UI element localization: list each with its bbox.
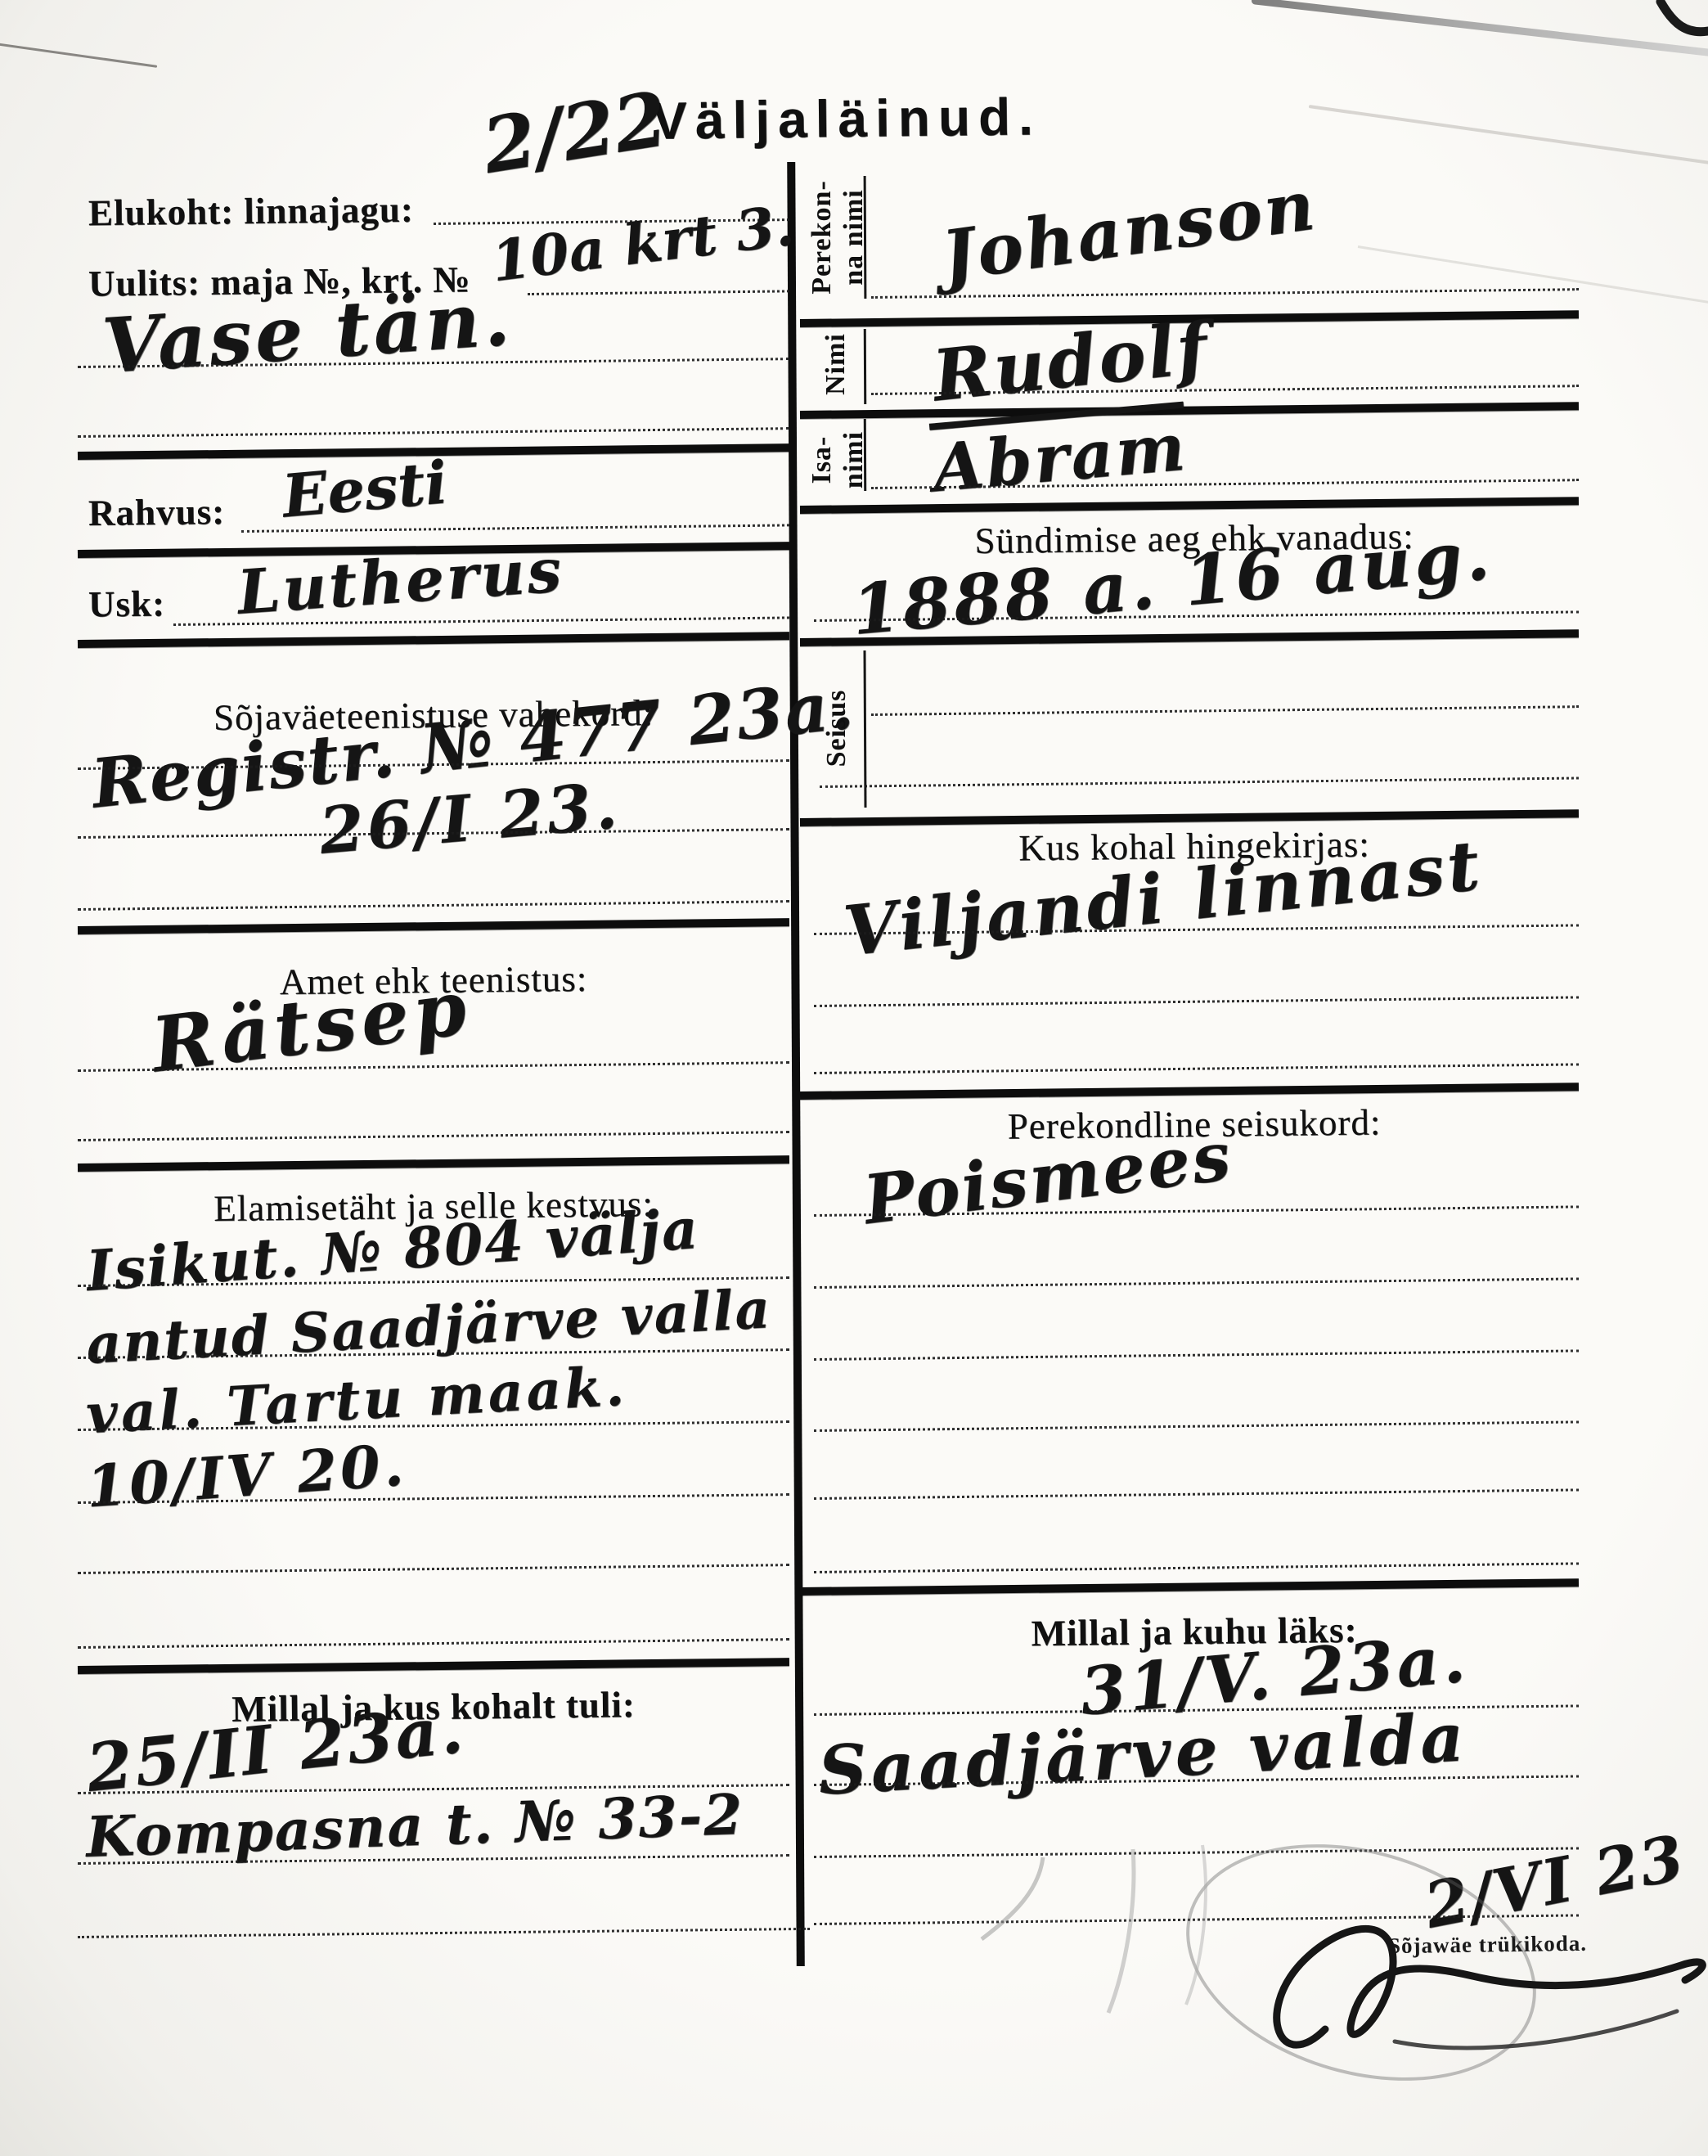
field-seisus-label-text: Seisus — [821, 690, 852, 767]
field-elamisetaht-line4: 10/IV 20. — [84, 1430, 409, 1520]
pencil-stroke-mark — [965, 1841, 1227, 2029]
field-perekonnanimi-value: Johanson — [937, 164, 1321, 296]
section-rule — [800, 1578, 1579, 1596]
dotted-line — [814, 1562, 1579, 1573]
printer-imprint: Sõjawäe trükikoda. — [1325, 1931, 1587, 1960]
field-rahvus-value: Eesti — [280, 447, 450, 530]
dotted-line — [78, 1928, 810, 1938]
field-uulits-value: 10a krt 3. — [488, 193, 798, 295]
crease-mark — [1358, 245, 1708, 304]
dotted-line — [78, 1638, 789, 1649]
label-rule — [864, 329, 866, 404]
crease-mark — [1251, 0, 1708, 59]
corner-ink-mark — [1651, 0, 1708, 49]
dotted-line — [814, 1847, 1579, 1858]
dotted-line — [814, 1063, 1579, 1074]
field-usk-label: Usk: — [88, 582, 166, 625]
dotted-line — [528, 290, 789, 295]
field-nimi-label-text: Nimi — [820, 333, 851, 395]
scratch-mark — [0, 43, 157, 68]
field-isanimi-label: Isa- nimi — [806, 398, 871, 521]
registration-card: Väljaläinud. Elukoht: linnajagu: 2/22 Uu… — [0, 0, 1708, 2156]
section-rule — [78, 632, 789, 648]
section-rule — [78, 1658, 789, 1674]
section-rule — [78, 918, 789, 934]
dotted-line — [814, 1349, 1579, 1361]
field-seisus-label: Seisus — [820, 650, 856, 806]
field-isanimi-label-line1: Isa- — [807, 436, 837, 484]
page-title: Väljaläinud. — [78, 79, 1616, 157]
dotted-line — [814, 1420, 1579, 1432]
label-rule — [863, 650, 866, 808]
label-rule — [864, 419, 866, 491]
section-rule — [800, 1083, 1579, 1100]
field-rahvus-label: Rahvus: — [88, 490, 226, 534]
dotted-line — [78, 900, 789, 911]
dotted-line — [871, 705, 1579, 716]
section-rule — [800, 402, 1579, 419]
section-rule — [800, 497, 1579, 514]
stamp-date-value: 2/VI 23 — [1418, 1821, 1690, 1942]
field-elukoht-label: Elukoht: linnajagu: — [88, 188, 414, 235]
dotted-line — [78, 1564, 789, 1574]
field-isanimi-value: Abram — [929, 408, 1190, 507]
column-divider — [787, 162, 805, 1966]
dotted-line — [78, 1131, 789, 1141]
field-perekonnanimi-label-line1: Perekon- — [807, 180, 837, 295]
dotted-line — [814, 1488, 1579, 1500]
dotted-line — [814, 996, 1579, 1007]
dotted-line — [814, 1277, 1579, 1289]
section-rule — [78, 1155, 789, 1172]
field-laks-line2: Saadjärve valda — [816, 1698, 1470, 1810]
dotted-line — [78, 427, 789, 438]
dotted-line — [820, 776, 1579, 788]
